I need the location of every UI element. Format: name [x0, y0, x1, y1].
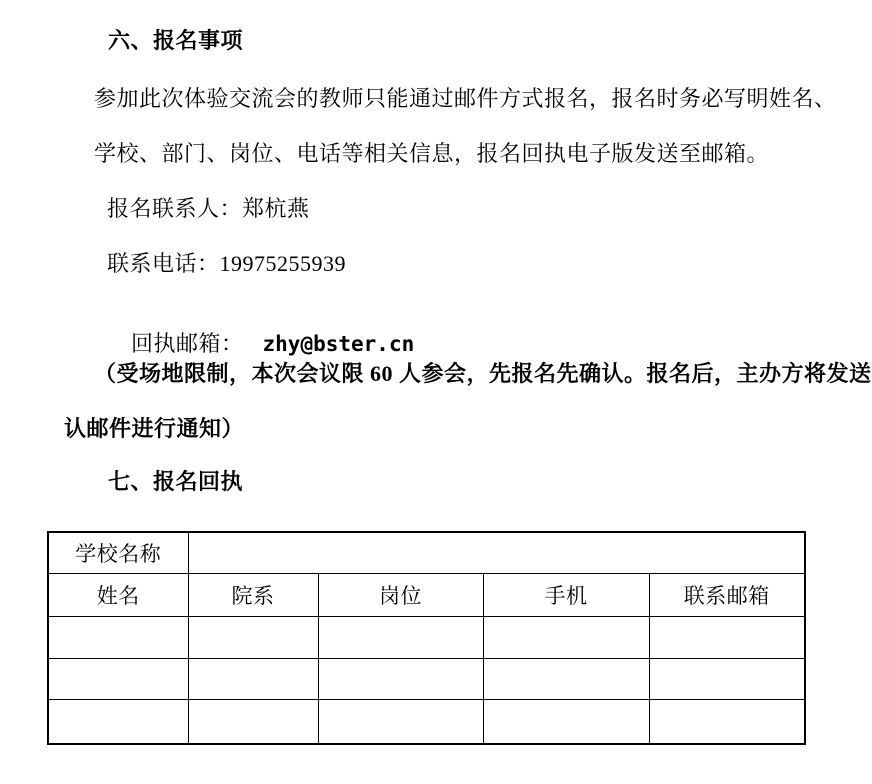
table-row-empty — [48, 616, 805, 658]
reply-email-address: zhy@bster.cn — [263, 332, 415, 356]
registration-paragraph-line-2: 学校、部门、岗位、电话等相关信息，报名回执电子版发送至邮箱。 — [94, 141, 769, 167]
receipt-cell[interactable] — [483, 658, 649, 699]
section-6-heading: 六、报名事项 — [108, 28, 243, 54]
receipt-cell[interactable] — [649, 699, 805, 744]
header-cell-mobile: 手机 — [483, 573, 649, 616]
receipt-cell[interactable] — [483, 699, 649, 744]
receipt-cell[interactable] — [48, 699, 188, 744]
registration-receipt-table: 学校名称 姓名 院系 岗位 手机 联系邮箱 — [47, 531, 806, 745]
contact-phone-line: 联系电话：19975255939 — [107, 251, 346, 277]
header-cell-post: 岗位 — [318, 573, 483, 616]
receipt-cell[interactable] — [318, 658, 483, 699]
registration-paragraph-line-1: 参加此次体验交流会的教师只能通过邮件方式报名，报名时务必写明姓名、 — [94, 86, 837, 112]
receipt-cell[interactable] — [318, 699, 483, 744]
receipt-cell[interactable] — [188, 616, 318, 658]
table-row-empty — [48, 658, 805, 699]
receipt-cell[interactable] — [318, 616, 483, 658]
school-name-label-cell: 学校名称 — [48, 532, 188, 573]
header-cell-email: 联系邮箱 — [649, 573, 805, 616]
table-row-school: 学校名称 — [48, 532, 805, 573]
header-cell-name: 姓名 — [48, 573, 188, 616]
document-page: 六、报名事项 参加此次体验交流会的教师只能通过邮件方式报名，报名时务必写明姓名、… — [0, 0, 872, 784]
receipt-cell[interactable] — [48, 658, 188, 699]
reply-email-label: 回执邮箱： — [131, 331, 244, 356]
contact-person-line: 报名联系人：郑杭燕 — [107, 196, 310, 222]
receipt-cell[interactable] — [188, 699, 318, 744]
table-row-empty — [48, 699, 805, 744]
receipt-cell[interactable] — [48, 616, 188, 658]
capacity-note-line-1: （受场地限制，本次会议限 60 人参会，先报名先确认。报名后，主办方将发送确 — [94, 361, 872, 387]
section-7-heading: 七、报名回执 — [108, 469, 243, 495]
school-name-input-cell[interactable] — [188, 532, 805, 573]
receipt-cell[interactable] — [649, 658, 805, 699]
receipt-cell[interactable] — [188, 658, 318, 699]
receipt-cell[interactable] — [483, 616, 649, 658]
table-row-headers: 姓名 院系 岗位 手机 联系邮箱 — [48, 573, 805, 616]
receipt-cell[interactable] — [649, 616, 805, 658]
header-cell-dept: 院系 — [188, 573, 318, 616]
capacity-note-line-2: 认邮件进行通知） — [64, 416, 244, 442]
